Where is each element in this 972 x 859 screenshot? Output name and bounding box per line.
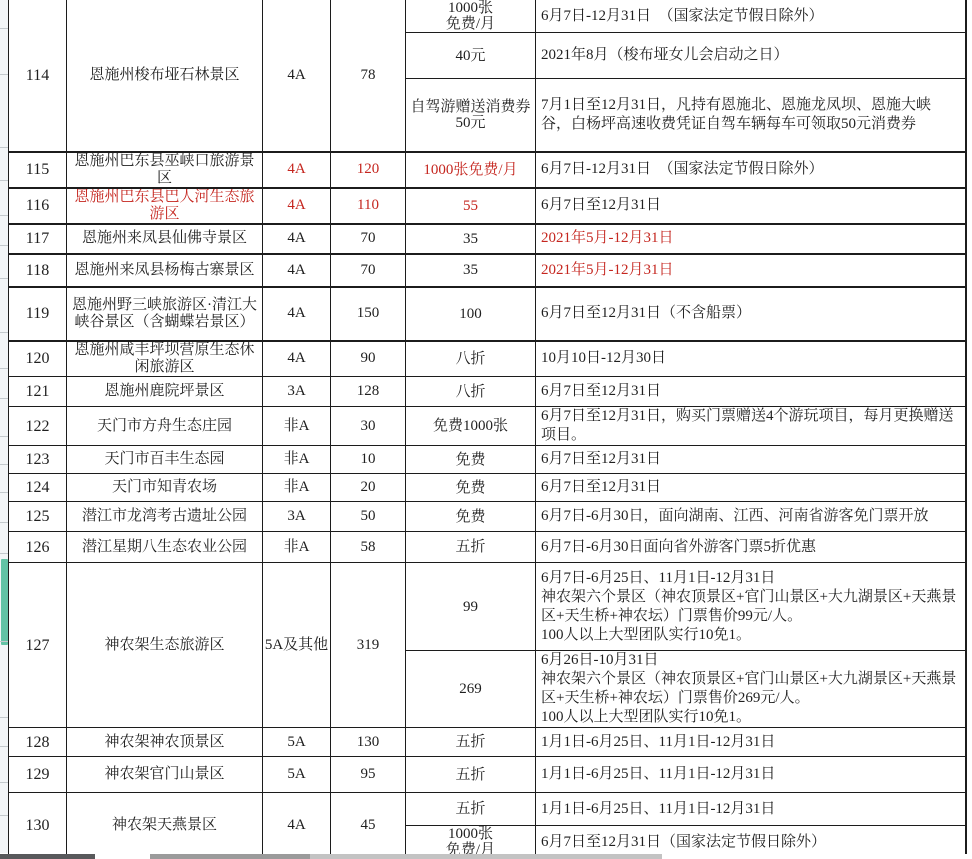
cell-rating[interactable]: 5A及其他: [263, 563, 331, 728]
table-row: 116恩施州巴东县巴人河生态旅游区4A110556月7日至12月31日: [9, 188, 966, 224]
cell-row-number[interactable]: 128: [9, 728, 67, 757]
cell-rating[interactable]: 4A: [263, 287, 331, 341]
cell-detail[interactable]: 10月10日-12月30日: [536, 341, 966, 377]
cell-row-number[interactable]: 124: [9, 474, 67, 502]
gutter-gridline: [0, 464, 8, 465]
table-row: 115恩施州巴东县巫峡口旅游景区4A1201000张免费/月6月7日-12月31…: [9, 152, 966, 188]
cell-price[interactable]: 58: [331, 532, 406, 563]
cell-scenic-name[interactable]: 潜江市龙湾考古遗址公园: [67, 502, 263, 532]
cell-price[interactable]: 70: [331, 224, 406, 254]
cell-rating[interactable]: 4A: [263, 188, 331, 224]
row-gutter: [0, 0, 8, 853]
cell-row-number[interactable]: 129: [9, 757, 67, 793]
cell-detail[interactable]: 1月1日-6月25日、11月1日-12月31日: [536, 728, 966, 757]
cell-price[interactable]: 128: [331, 377, 406, 407]
gutter-gridline: [0, 28, 8, 29]
gutter-gridline: [0, 815, 8, 816]
cell-rating[interactable]: 4A: [263, 152, 331, 188]
cell-discount[interactable]: 269: [406, 651, 536, 728]
gutter-gridline: [0, 147, 8, 148]
cell-rating[interactable]: 4A: [263, 793, 331, 859]
gutter-gridline: [0, 522, 8, 523]
table-row: 122天门市方舟生态庄园非A30免费1000张6月7日至12月31日，购买门票赠…: [9, 407, 966, 446]
gutter-gridline: [0, 436, 8, 437]
cell-detail[interactable]: 6月7日至12月31日（不含船票）: [536, 287, 966, 341]
cell-scenic-name[interactable]: 神农架官门山景区: [67, 757, 263, 793]
cell-scenic-name[interactable]: 恩施州巴东县巫峡口旅游景区: [67, 152, 263, 188]
cell-detail[interactable]: 6月7日-6月30日，面向湖南、江西、河南省游客免门票开放: [536, 502, 966, 532]
gutter-gridline: [0, 641, 8, 642]
spreadsheet-viewport: 114恩施州梭布垭石林景区4A781000张 免费/月6月7日-12月31日 （…: [0, 0, 972, 859]
cell-row-number[interactable]: 118: [9, 254, 67, 287]
gutter-gridline: [0, 278, 8, 279]
cell-price[interactable]: 150: [331, 287, 406, 341]
gutter-gridline: [0, 553, 8, 554]
cell-discount[interactable]: 100: [406, 287, 536, 341]
cell-price[interactable]: 30: [331, 407, 406, 446]
cell-price[interactable]: 50: [331, 502, 406, 532]
table-row: 126潜江星期八生态农业公园非A58五折6月7日-6月30日面向省外游客门票5折…: [9, 532, 966, 563]
table-row: 125潜江市龙湾考古遗址公园3A50免费6月7日-6月30日，面向湖南、江西、河…: [9, 502, 966, 532]
table-row: 118恩施州来凤县杨梅古寨景区4A70352021年5月-12月31日: [9, 254, 966, 287]
cropped-next-row-strip: [0, 854, 972, 859]
cell-discount[interactable]: 五折: [406, 757, 536, 793]
cell-scenic-name[interactable]: 天门市百丰生态园: [67, 446, 263, 474]
cell-detail[interactable]: 7月1日至12月31日，凡持有恩施北、恩施龙凤坝、恩施大峡谷，白杨坪高速收费凭证…: [536, 79, 966, 152]
cell-discount[interactable]: 八折: [406, 377, 536, 407]
cell-detail[interactable]: 6月7日-12月31日 （国家法定节假日除外）: [536, 0, 966, 33]
cell-discount[interactable]: 1000张免费/月: [406, 152, 536, 188]
cell-scenic-name[interactable]: 恩施州梭布垭石林景区: [67, 0, 263, 152]
cell-detail[interactable]: 6月7日至12月31日: [536, 377, 966, 407]
gutter-gridline: [0, 74, 8, 75]
cell-rating[interactable]: 非A: [263, 446, 331, 474]
cell-detail[interactable]: 6月7日至12月31日: [536, 188, 966, 224]
cell-rating[interactable]: 3A: [263, 377, 331, 407]
cell-discount[interactable]: 五折: [406, 793, 536, 826]
table-row: 114恩施州梭布垭石林景区4A781000张 免费/月6月7日-12月31日 （…: [9, 0, 966, 33]
table-row: 117恩施州来凤县仙佛寺景区4A70352021年5月-12月31日: [9, 224, 966, 254]
cell-detail[interactable]: 2021年5月-12月31日: [536, 224, 966, 254]
cell-rating[interactable]: 非A: [263, 407, 331, 446]
gutter-gridline: [0, 782, 8, 783]
gutter-gridline: [0, 746, 8, 747]
cell-rating[interactable]: 3A: [263, 502, 331, 532]
table-row: 128神农架神农顶景区5A130五折1月1日-6月25日、11月1日-12月31…: [9, 728, 966, 757]
cell-row-number[interactable]: 122: [9, 407, 67, 446]
cell-detail[interactable]: 6月7日-6月25日、11月1日-12月31日 神农架六个景区（神农顶景区+官门…: [536, 563, 966, 651]
cell-row-number[interactable]: 125: [9, 502, 67, 532]
cell-discount[interactable]: 五折: [406, 532, 536, 563]
cell-rating[interactable]: 4A: [263, 224, 331, 254]
table-row: 119恩施州野三峡旅游区·清江大峡谷景区（含蝴蝶岩景区）4A1501006月7日…: [9, 287, 966, 341]
selection-indicator: [1, 559, 8, 645]
gutter-gridline: [0, 717, 8, 718]
cell-detail[interactable]: 1月1日-6月25日、11月1日-12月31日: [536, 793, 966, 826]
cell-discount[interactable]: 99: [406, 563, 536, 651]
cell-rating[interactable]: 5A: [263, 728, 331, 757]
cell-detail[interactable]: 2021年5月-12月31日: [536, 254, 966, 287]
table-row: 121恩施州鹿院坪景区3A128八折6月7日至12月31日: [9, 377, 966, 407]
table-row: 120恩施州咸丰坪坝营原生态休闲旅游区4A90八折10月10日-12月30日: [9, 341, 966, 377]
cell-detail[interactable]: 1月1日-6月25日、11月1日-12月31日: [536, 757, 966, 793]
cell-price[interactable]: 45: [331, 793, 406, 859]
cell-price[interactable]: 130: [331, 728, 406, 757]
cell-row-number[interactable]: 119: [9, 287, 67, 341]
cropped-content-segment: [310, 854, 662, 859]
cell-discount[interactable]: 五折: [406, 728, 536, 757]
scenic-area-discount-table: 114恩施州梭布垭石林景区4A781000张 免费/月6月7日-12月31日 （…: [8, 0, 967, 859]
cell-rating[interactable]: 4A: [263, 0, 331, 152]
cell-scenic-name[interactable]: 恩施州巴东县巴人河生态旅游区: [67, 188, 263, 224]
cell-scenic-name[interactable]: 恩施州鹿院坪景区: [67, 377, 263, 407]
cell-row-number[interactable]: 121: [9, 377, 67, 407]
cell-row-number[interactable]: 117: [9, 224, 67, 254]
gutter-gridline: [0, 398, 8, 399]
cell-scenic-name[interactable]: 天门市方舟生态庄园: [67, 407, 263, 446]
table-row: 130神农架天燕景区4A45五折1月1日-6月25日、11月1日-12月31日: [9, 793, 966, 826]
gutter-gridline: [0, 368, 8, 369]
cell-price[interactable]: 110: [331, 188, 406, 224]
cell-detail[interactable]: 6月26日-10月31日 神农架六个景区（神农顶景区+官门山景区+大九湖景区+天…: [536, 651, 966, 728]
cell-discount[interactable]: 八折: [406, 341, 536, 377]
cropped-content-segment: [0, 854, 95, 859]
cell-price[interactable]: 78: [331, 0, 406, 152]
cell-discount[interactable]: 免费: [406, 502, 536, 532]
cell-price[interactable]: 20: [331, 474, 406, 502]
cell-detail[interactable]: 2021年8月（梭布垭女儿会启动之日）: [536, 33, 966, 79]
cell-scenic-name[interactable]: 恩施州来凤县杨梅古寨景区: [67, 254, 263, 287]
cell-row-number[interactable]: 120: [9, 341, 67, 377]
table-row: 127神农架生态旅游区5A及其他319996月7日-6月25日、11月1日-12…: [9, 563, 966, 651]
cell-detail[interactable]: 6月7日至12月31日: [536, 446, 966, 474]
cell-row-number[interactable]: 126: [9, 532, 67, 563]
cell-row-number[interactable]: 127: [9, 563, 67, 728]
cell-price[interactable]: 90: [331, 341, 406, 377]
cropped-content-segment: [150, 854, 310, 859]
cell-rating[interactable]: 4A: [263, 254, 331, 287]
cell-detail[interactable]: 6月7日至12月31日，购买门票赠送4个游玩项目，每月更换赠送项目。: [536, 407, 966, 446]
gutter-gridline: [0, 332, 8, 333]
cell-detail[interactable]: 6月7日-12月31日 （国家法定节假日除外）: [536, 152, 966, 188]
cell-detail[interactable]: 6月7日至12月31日: [536, 474, 966, 502]
gutter-gridline: [0, 180, 8, 181]
gutter-gridline: [0, 492, 8, 493]
table-row: 124天门市知青农场非A20免费6月7日至12月31日: [9, 474, 966, 502]
cell-scenic-name[interactable]: 神农架生态旅游区: [67, 563, 263, 728]
cell-discount[interactable]: 免费1000张: [406, 407, 536, 446]
gutter-gridline: [0, 215, 8, 216]
cell-discount[interactable]: 40元: [406, 33, 536, 79]
cell-row-number[interactable]: 130: [9, 793, 67, 859]
cell-discount[interactable]: 自驾游赠送消费券 50元: [406, 79, 536, 152]
cell-scenic-name[interactable]: 神农架神农顶景区: [67, 728, 263, 757]
cell-rating[interactable]: 5A: [263, 757, 331, 793]
cell-scenic-name[interactable]: 神农架天燕景区: [67, 793, 263, 859]
table-row: 129神农架官门山景区5A95五折1月1日-6月25日、11月1日-12月31日: [9, 757, 966, 793]
cell-row-number[interactable]: 123: [9, 446, 67, 474]
cell-price[interactable]: 319: [331, 563, 406, 728]
cell-discount[interactable]: 免费: [406, 446, 536, 474]
cell-scenic-name[interactable]: 天门市知青农场: [67, 474, 263, 502]
cell-discount[interactable]: 免费: [406, 474, 536, 502]
cell-detail[interactable]: 6月7日-6月30日面向省外游客门票5折优惠: [536, 532, 966, 563]
cell-row-number[interactable]: 115: [9, 152, 67, 188]
cell-price[interactable]: 10: [331, 446, 406, 474]
cell-scenic-name[interactable]: 恩施州咸丰坪坝营原生态休闲旅游区: [67, 341, 263, 377]
cell-scenic-name[interactable]: 恩施州来凤县仙佛寺景区: [67, 224, 263, 254]
cell-row-number[interactable]: 116: [9, 188, 67, 224]
cell-discount[interactable]: 35: [406, 224, 536, 254]
cell-row-number[interactable]: 114: [9, 0, 67, 152]
cell-price[interactable]: 70: [331, 254, 406, 287]
cell-rating[interactable]: 非A: [263, 474, 331, 502]
cell-discount[interactable]: 1000张 免费/月: [406, 0, 536, 33]
cell-price[interactable]: 95: [331, 757, 406, 793]
cell-price[interactable]: 120: [331, 152, 406, 188]
gutter-gridline: [0, 245, 8, 246]
cell-rating[interactable]: 4A: [263, 341, 331, 377]
cell-scenic-name[interactable]: 恩施州野三峡旅游区·清江大峡谷景区（含蝴蝶岩景区）: [67, 287, 263, 341]
cell-discount[interactable]: 35: [406, 254, 536, 287]
cell-scenic-name[interactable]: 潜江星期八生态农业公园: [67, 532, 263, 563]
cell-discount[interactable]: 55: [406, 188, 536, 224]
cell-rating[interactable]: 非A: [263, 532, 331, 563]
table-row: 123天门市百丰生态园非A10免费6月7日至12月31日: [9, 446, 966, 474]
